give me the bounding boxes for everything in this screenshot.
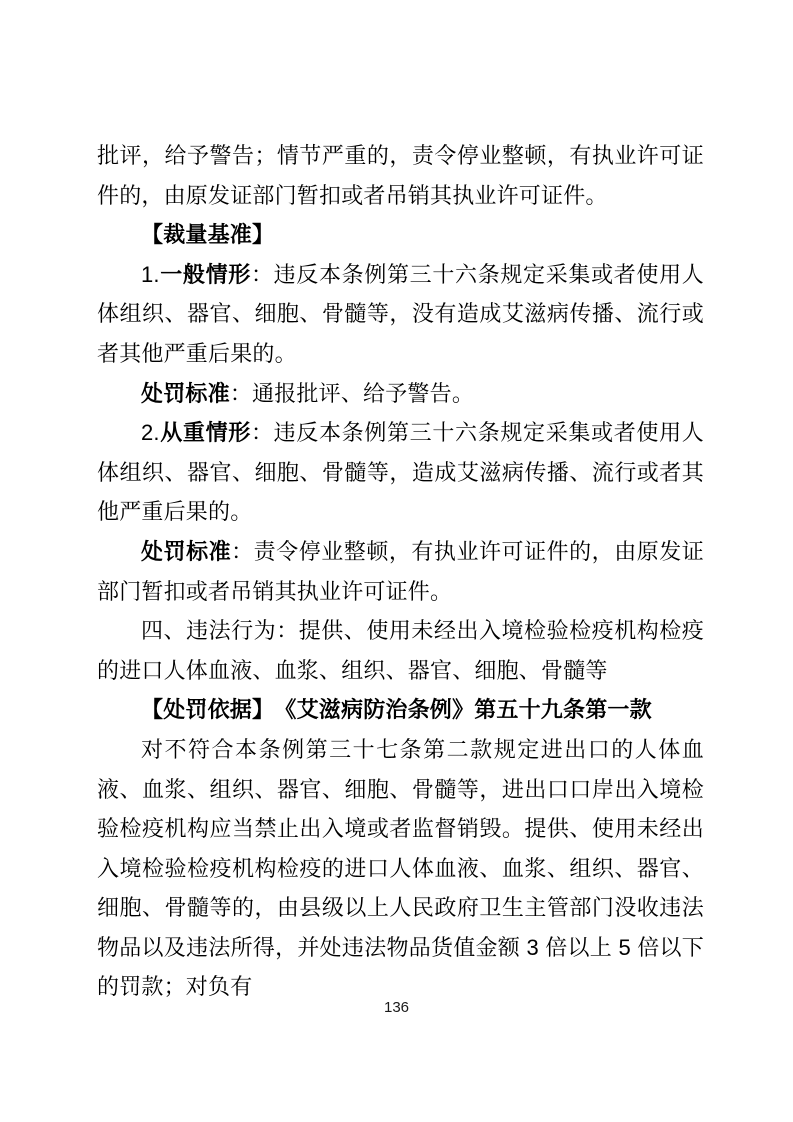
text-run: 1.	[141, 262, 160, 287]
paragraph: 对不符合本条例第三十七条第二款规定进出口的人体血液、血浆、组织、器官、细胞、骨髓…	[97, 730, 704, 1007]
bold-text-run: 处罚标准	[141, 381, 230, 406]
text-run: 2.	[141, 420, 160, 445]
paragraph: 【处罚依据】 《艾滋病防治条例》第五十九条第一款	[97, 690, 704, 730]
paragraph: 处罚标准：通报批评、给予警告。	[97, 374, 704, 414]
bold-text-run: 一般情形	[160, 262, 251, 287]
bold-text-run: 【处罚依据】 《艾滋病防治条例》第五十九条第一款	[141, 697, 652, 722]
text-run: 批评，给予警告；情节严重的，责令停业整顿，有执业许可证件的，由原发证部门暂扣或者…	[97, 143, 704, 208]
paragraph: 四、违法行为：提供、使用未经出入境检验检疫机构检疫的进口人体血液、血浆、组织、器…	[97, 611, 704, 690]
text-run: 对不符合本条例第三十七条第二款规定进出口的人体血液、血浆、组织、器官、细胞、骨髓…	[97, 737, 704, 1000]
paragraph: 处罚标准：责令停业整顿，有执业许可证件的，由原发证部门暂扣或者吊销其执业许可证件…	[97, 532, 704, 611]
document-page: 批评，给予警告；情节严重的，责令停业整顿，有执业许可证件的，由原发证部门暂扣或者…	[0, 0, 793, 1122]
paragraph: 2.从重情形：违反本条例第三十六条规定采集或者使用人体组织、器官、细胞、骨髓等，…	[97, 413, 704, 532]
text-run: 四、违法行为：提供、使用未经出入境检验检疫机构检疫的进口人体血液、血浆、组织、器…	[97, 618, 704, 683]
bold-text-run: 处罚标准	[141, 539, 231, 564]
bold-text-run: 【裁量基准】	[141, 222, 274, 247]
paragraph: 【裁量基准】	[97, 215, 704, 255]
document-body: 批评，给予警告；情节严重的，责令停业整顿，有执业许可证件的，由原发证部门暂扣或者…	[97, 136, 704, 1007]
bold-text-run: 从重情形	[160, 420, 251, 445]
text-run: ：通报批评、给予警告。	[230, 381, 474, 406]
page-number: 136	[0, 999, 793, 1017]
paragraph: 1.一般情形：违反本条例第三十六条规定采集或者使用人体组织、器官、细胞、骨髓等，…	[97, 255, 704, 374]
paragraph: 批评，给予警告；情节严重的，责令停业整顿，有执业许可证件的，由原发证部门暂扣或者…	[97, 136, 704, 215]
